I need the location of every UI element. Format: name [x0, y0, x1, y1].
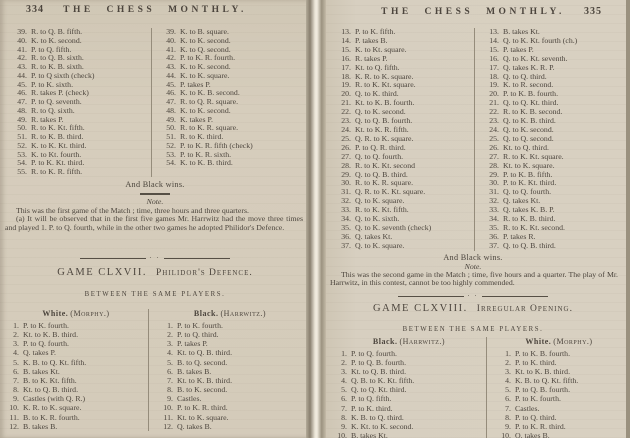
move-line: 4.Kt. to Q. B. third.: [158, 348, 302, 357]
player-name: (Harrwitz.): [220, 309, 266, 318]
move-list-white: 1.P. to K. fourth.2.Kt. to K. B. third.3…: [4, 321, 148, 431]
note-paragraph: (a) It will be observed that in the firs…: [5, 215, 303, 232]
result-line: And Black wins.: [0, 180, 310, 189]
page-335: THE CHESS MONTHLY. 335 13.P. to K. fifth…: [320, 0, 626, 438]
move-column-left: 39.R. to Q. B. fifth.40.K. to K. second.…: [12, 28, 151, 177]
move-line: 2.P. to K. third.: [496, 358, 622, 367]
move-line: 4.K. B. to Q. Kt. fifth.: [496, 376, 622, 385]
journal-title: THE CHESS MONTHLY.: [0, 5, 310, 15]
side-label: White.: [42, 309, 68, 318]
move-line: 1.P. to Q. fourth.: [332, 349, 486, 358]
move-line: 5.P. to Q. B. fourth.: [496, 385, 622, 394]
move-line: 7.Castles.: [496, 404, 622, 413]
move-line: 8.K. B. to Q. third.: [332, 413, 486, 422]
move-line: 6.P. to K. fourth.: [496, 394, 622, 403]
player-name: (Harrwitz.): [399, 337, 445, 346]
move-line: 11.Kt. to K. square.: [158, 413, 302, 422]
move-line: 54.K. to K. B. third.: [161, 159, 300, 168]
page-edge: [624, 0, 630, 438]
move-column-right: 13.B. takes Kt.14.Q. to K. Kt. fourth (c…: [474, 28, 622, 251]
game-opening: Philidor's Defence.: [156, 268, 253, 278]
continuation-moves: 39.R. to Q. B. fifth.40.K. to K. second.…: [12, 28, 300, 177]
player-name: (Morphy.): [553, 337, 592, 346]
page-number: 335: [584, 6, 602, 17]
move-line: 10.K. R. to K. square.: [4, 403, 148, 412]
note-rule: [0, 193, 310, 195]
game-heading: GAME CLXVII.Philidor's Defence.: [0, 267, 310, 278]
player-name: (Morphy.): [70, 309, 109, 318]
move-column-left: 13.P. to K. fifth.14.P. takes B.15.K. to…: [336, 28, 474, 251]
move-line: 5.K. B. to Q. Kt. fifth.: [4, 358, 148, 367]
move-line: 9.Castles.: [158, 394, 302, 403]
book-gutter: [306, 0, 326, 438]
column-header-black: Black. (Harrwitz.): [332, 337, 486, 346]
move-line: 3.Kt. to Q. B. third.: [332, 367, 486, 376]
move-line: 8.Kt. to Q. B. third.: [4, 385, 148, 394]
page-334: 334 THE CHESS MONTHLY. 39.R. to Q. B. fi…: [0, 0, 310, 438]
game-title: GAME CLXVIII.: [373, 303, 468, 314]
move-line: 1.P. to K. fourth.: [4, 321, 148, 330]
move-list-black: 1.P. to K. fourth.2.P. to Q. third.3.P. …: [158, 321, 302, 431]
move-line: 12.Q. takes B.: [158, 422, 302, 431]
side-label: White.: [525, 337, 551, 346]
column-white: White. (Morphy.) 1.P. to K. B. fourth.2.…: [486, 337, 622, 438]
game-columns: White. (Morphy.) 1.P. to K. fourth.2.Kt.…: [4, 309, 302, 431]
column-header-white: White. (Morphy.): [496, 337, 622, 346]
move-line: 2.Kt. to K. B. third.: [4, 330, 148, 339]
note-heading: Note.: [0, 197, 310, 206]
move-line: 6.B. takes B.: [158, 367, 302, 376]
move-line: 7.B. to K. Kt. fifth.: [4, 376, 148, 385]
move-line: 3.P. to Q. fourth.: [4, 339, 148, 348]
players-line: BETWEEN THE SAME PLAYERS.: [0, 291, 310, 298]
note-paragraphs: This was the second game in the Match ; …: [330, 271, 618, 288]
move-line: 9.K. Kt. to K. second.: [332, 422, 486, 431]
move-line: 8.B. to K. second.: [158, 385, 302, 394]
journal-title: THE CHESS MONTHLY.: [320, 7, 626, 17]
game-title: GAME CLXVII.: [57, 267, 147, 278]
move-line: 2.P. to Q. third.: [158, 330, 302, 339]
game-columns: Black. (Harrwitz.) 1.P. to Q. fourth.2.P…: [332, 337, 622, 438]
game-opening: Irregular Opening.: [477, 304, 573, 314]
move-line: 3.P. takes P.: [158, 339, 302, 348]
game-heading: GAME CLXVIII.Irregular Opening.: [320, 303, 626, 314]
note-paragraphs: This was the first game of the Match ; t…: [5, 207, 303, 232]
move-line: 10.P. to K. R. third.: [158, 403, 302, 412]
move-line: 1.P. to K. fourth.: [158, 321, 302, 330]
move-line: 8.P. to Q. third.: [496, 413, 622, 422]
section-divider: · ·: [320, 294, 626, 298]
move-line: 4.Q. takes P.: [4, 348, 148, 357]
book-scan: 334 THE CHESS MONTHLY. 39.R. to Q. B. fi…: [0, 0, 630, 438]
column-header-white: White. (Morphy.): [4, 309, 148, 318]
column-header-black: Black. (Harrwitz.): [158, 309, 302, 318]
column-white: White. (Morphy.) 1.P. to K. fourth.2.Kt.…: [4, 309, 148, 431]
move-line: 2.P. to Q. B. fourth.: [332, 358, 486, 367]
players-line: BETWEEN THE SAME PLAYERS.: [320, 326, 626, 333]
result-line: And Black wins.: [320, 253, 626, 262]
move-line: 37.Q. to K. square.: [336, 242, 474, 251]
move-line: 11.B. to K. R. fourth.: [4, 413, 148, 422]
move-line: 9.P. to K. R. third.: [496, 422, 622, 431]
move-column-right: 39.K. to B. square.40.K. to K. second.41…: [151, 28, 300, 177]
move-line: 6.B. takes Kt.: [4, 367, 148, 376]
move-line: 3.Kt. to K. B. third.: [496, 367, 622, 376]
move-list-white: 1.P. to K. B. fourth.2.P. to K. third.3.…: [496, 349, 622, 438]
note-paragraph: This was the second game in the Match ; …: [330, 271, 618, 288]
move-list-black: 1.P. to Q. fourth.2.P. to Q. B. fourth.3…: [332, 349, 486, 438]
move-line: 4.Q. B. to K. Kt. fifth.: [332, 376, 486, 385]
column-black: Black. (Harrwitz.) 1.P. to K. fourth.2.P…: [148, 309, 302, 431]
move-line: 12.B. takes B.: [4, 422, 148, 431]
move-line: 7.Kt. to K. B. third.: [158, 376, 302, 385]
move-line: 6.P. to Q. fifth.: [332, 394, 486, 403]
side-label: Black.: [194, 309, 219, 318]
continuation-moves: 13.P. to K. fifth.14.P. takes B.15.K. to…: [336, 28, 622, 251]
move-line: 9.Castles (with Q. R.): [4, 394, 148, 403]
move-line: 10.Q. takes B.: [496, 431, 622, 438]
move-line: 10.B. takes Kt.: [332, 431, 486, 438]
running-head: THE CHESS MONTHLY. 335: [320, 6, 626, 24]
move-line: 5.Q. to Q. Kt. third.: [332, 385, 486, 394]
running-head: 334 THE CHESS MONTHLY.: [0, 4, 310, 22]
column-black: Black. (Harrwitz.) 1.P. to Q. fourth.2.P…: [332, 337, 486, 438]
move-line: 5.B. to Q. second.: [158, 358, 302, 367]
move-line: 1.P. to K. B. fourth.: [496, 349, 622, 358]
move-line: 37.Q. to Q. B. third.: [484, 242, 622, 251]
section-divider: · ·: [0, 256, 310, 260]
move-line: 55.R. to K. R. fifth.: [12, 168, 151, 177]
move-line: 7.P. to K. third.: [332, 404, 486, 413]
side-label: Black.: [373, 337, 398, 346]
